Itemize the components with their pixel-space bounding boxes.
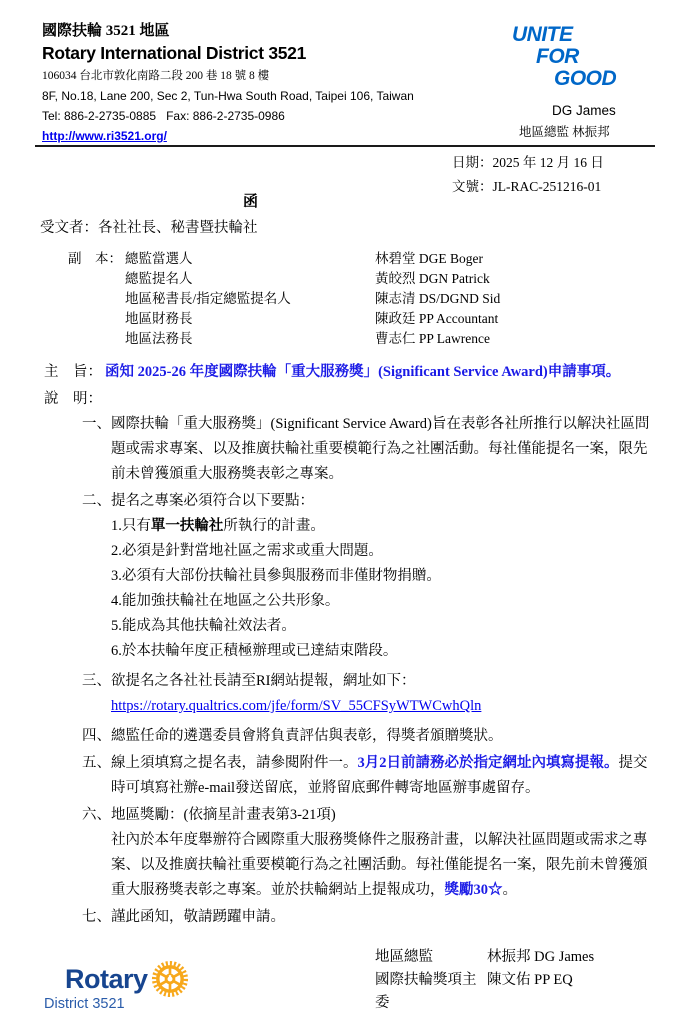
letter-body: 受文者：各社社長、秘書暨扶輪社 副 本： 總監當選人 林碧堂 DGE Boger…: [40, 216, 658, 1015]
cc-block: 副 本： 總監當選人 林碧堂 DGE Boger 總監提名人 黃皎烈 DGN P…: [68, 249, 658, 349]
item-content: 地區獎勵：(依摘星計畫表第3-21項) 社內於本年度舉辦符合國際重大服務獎條件之…: [111, 803, 658, 903]
cc-name: 陳志清 DS/DGND Sid: [375, 289, 500, 309]
item-content: 欲提名之各社社長請至RI網站提報，網址如下： https://rotary.qu…: [111, 669, 658, 719]
doc-number: 文號：JL-RAC-251216-01: [452, 175, 604, 199]
sub-item-1: 1.只有單一扶輪社所執行的計畫。: [111, 514, 658, 539]
item-text: 謹此函知，敬請踴躍申請。: [111, 905, 658, 930]
doc-date: 日期：2025 年 12 月 16 日: [452, 151, 604, 175]
sub-item-text: 1.只有: [111, 518, 151, 534]
cc-name: 林碧堂 DGE Boger: [375, 249, 483, 269]
cc-title: 地區秘書長/指定總監提名人: [125, 289, 375, 309]
cc-row: 地區財務長 陳政廷 PP Accountant: [125, 309, 658, 329]
item-number: 七、: [82, 905, 111, 930]
letterhead-right: UNITE FOR GOOD DG James 地區總監 林振邦: [512, 24, 652, 141]
cc-name: 陳政廷 PP Accountant: [375, 309, 498, 329]
deadline-highlight: 3月2日前請務必於指定網址內填寫提報。: [358, 755, 619, 771]
explanation-item-3: 三、 欲提名之各社社長請至RI網站提報，網址如下： https://rotary…: [82, 669, 658, 719]
item-number: 四、: [82, 724, 111, 749]
item-text: 地區獎勵：(依摘星計畫表第3-21項): [111, 803, 658, 828]
header-divider: [35, 145, 655, 147]
signature-block: 地區總監 林振邦 DG James 國際扶輪獎項主委 陳文佑 PP EQ: [375, 946, 658, 1015]
sub-item-bold-text: 單一扶輪社: [151, 518, 224, 534]
sub-item-4: 4.能加強扶輪社在地區之公共形象。: [111, 589, 658, 614]
explanation-item-1: 一、 國際扶輪「重大服務獎」(Significant Service Award…: [82, 412, 658, 487]
sub-item-5: 5.能成為其他扶輪社效法者。: [111, 614, 658, 639]
explanation-item-7: 七、 謹此函知，敬請踴躍申請。: [82, 905, 658, 930]
doc-meta: 日期：2025 年 12 月 16 日 文號：JL-RAC-251216-01: [452, 151, 604, 198]
doc-type-title: 函: [243, 190, 258, 211]
explanation-item-4: 四、 總監任命的遴選委員會將負責評估與表彰，得獎者頒贈獎狀。: [82, 724, 658, 749]
rotary-brand-row: Rotary: [44, 960, 204, 998]
item-content: 線上須填寫之提名表，請參閱附件一。3月2日前請務必於指定網址內填寫提報。提交時可…: [111, 751, 658, 801]
item-text: 國際扶輪「重大服務獎」(Significant Service Award)旨在…: [111, 412, 658, 487]
signature-row: 國際扶輪獎項主委 陳文佑 PP EQ: [375, 969, 658, 1015]
cc-row: 地區秘書長/指定總監提名人 陳志清 DS/DGND Sid: [125, 289, 658, 309]
item-text: 。: [503, 882, 518, 898]
cc-name: 黃皎烈 DGN Patrick: [375, 269, 490, 289]
letterhead-left: 國際扶輪 3521 地區 Rotary International Distri…: [42, 20, 472, 146]
item-number: 二、: [82, 489, 111, 664]
rotary-brand-name: Rotary: [65, 964, 148, 995]
cc-row: 總監提名人 黃皎烈 DGN Patrick: [125, 269, 658, 289]
qualtrics-form-link[interactable]: https://rotary.qualtrics.com/jfe/form/SV…: [111, 698, 481, 714]
tagline-line2: FOR: [536, 46, 652, 68]
subject-text: 函知 2025-26 年度國際扶輪「重大服務獎」(Significant Ser…: [105, 360, 658, 385]
sub-item-2: 2.必須是針對當地社區之需求或重大問題。: [111, 539, 658, 564]
address-en: 8F, No.18, Lane 200, Sec 2, Tun-Hwa Sout…: [42, 86, 472, 106]
signature-name: 陳文佑 PP EQ: [487, 969, 573, 1015]
cc-name: 曹志仁 PP Lawrence: [375, 329, 490, 349]
explanation-item-6: 六、 地區獎勵：(依摘星計畫表第3-21項) 社內於本年度舉辦符合國際重大服務獎…: [82, 803, 658, 903]
item-text: 線上須填寫之提名表，請參閱附件一。: [111, 755, 358, 771]
cc-row: 地區法務長 曹志仁 PP Lawrence: [125, 329, 658, 349]
address-zh: 106034 台北市敦化南路二段 200 巷 18 號 8 樓: [42, 66, 472, 86]
cc-title: 總監當選人: [125, 249, 375, 269]
signature-row: 地區總監 林振邦 DG James: [375, 946, 658, 969]
unite-for-good-logo: UNITE FOR GOOD: [512, 24, 652, 90]
sub-item-3: 3.必須有大部份扶輪社員參與服務而非僅財物捐贈。: [111, 564, 658, 589]
cc-title: 總監提名人: [125, 269, 375, 289]
item-text: 提名之專案必須符合以下要點：: [111, 489, 658, 514]
item-content: 提名之專案必須符合以下要點： 1.只有單一扶輪社所執行的計畫。 2.必須是針對當…: [111, 489, 658, 664]
cc-title: 地區財務長: [125, 309, 375, 329]
tagline-line1: UNITE: [512, 24, 652, 46]
tel-fax-line: Tel: 886-2-2735-0885 Fax: 886-2-2735-098…: [42, 106, 472, 126]
explanation-label: 說 明：: [44, 389, 658, 410]
subject-label: 主 旨：: [44, 360, 105, 385]
item-number: 一、: [82, 412, 111, 487]
signature-title: 國際扶輪獎項主委: [375, 969, 487, 1015]
signature-title: 地區總監: [375, 946, 487, 969]
district-governor-en: DG James: [552, 102, 652, 120]
subject-block: 主 旨： 函知 2025-26 年度國際扶輪「重大服務獎」(Significan…: [44, 360, 658, 385]
org-name-en: Rotary International District 3521: [42, 42, 472, 64]
website-link[interactable]: http://www.ri3521.org/: [42, 126, 167, 146]
item-number: 五、: [82, 751, 111, 801]
item-number: 六、: [82, 803, 111, 903]
item-text: 欲提名之各社社長請至RI網站提報，網址如下：: [111, 669, 658, 694]
rotary-district-logo: Rotary District 3521: [44, 960, 204, 1012]
letter-page: 國際扶輪 3521 地區 Rotary International Distri…: [0, 0, 688, 1024]
explanation-item-2: 二、 提名之專案必須符合以下要點： 1.只有單一扶輪社所執行的計畫。 2.必須是…: [82, 489, 658, 664]
cc-row: 總監當選人 林碧堂 DGE Boger: [125, 249, 658, 269]
item-body: 社內於本年度舉辦符合國際重大服務獎條件之服務計畫，以解決社區問題或需求之專案、以…: [111, 828, 658, 903]
item-text: 社內於本年度舉辦符合國際重大服務獎條件之服務計畫，以解決社區問題或需求之專案、以…: [111, 832, 648, 898]
tagline-line3: GOOD: [554, 68, 652, 90]
recipient-line: 受文者：各社社長、秘書暨扶輪社: [40, 216, 658, 241]
signature-name: 林振邦 DG James: [487, 946, 594, 969]
explanation-item-5: 五、 線上須填寫之提名表，請參閱附件一。3月2日前請務必於指定網址內填寫提報。提…: [82, 751, 658, 801]
reward-highlight: 獎勵30☆: [445, 882, 503, 898]
district-governor-zh: 地區總監 林振邦: [519, 123, 652, 141]
cc-title: 地區法務長: [125, 329, 375, 349]
cc-label: 副 本：: [68, 249, 125, 349]
explanation-items: 一、 國際扶輪「重大服務獎」(Significant Service Award…: [82, 412, 658, 930]
cc-rows: 總監當選人 林碧堂 DGE Boger 總監提名人 黃皎烈 DGN Patric…: [125, 249, 658, 349]
org-name-zh: 國際扶輪 3521 地區: [42, 20, 472, 42]
sub-item-text: 所執行的計畫。: [223, 518, 325, 534]
item-number: 三、: [82, 669, 111, 719]
district-label: District 3521: [44, 996, 204, 1012]
sub-item-6: 6.於本扶輪年度正積極辦理或已達結束階段。: [111, 639, 658, 664]
rotary-wheel-icon: [151, 960, 189, 998]
item-text: 總監任命的遴選委員會將負責評估與表彰，得獎者頒贈獎狀。: [111, 724, 658, 749]
